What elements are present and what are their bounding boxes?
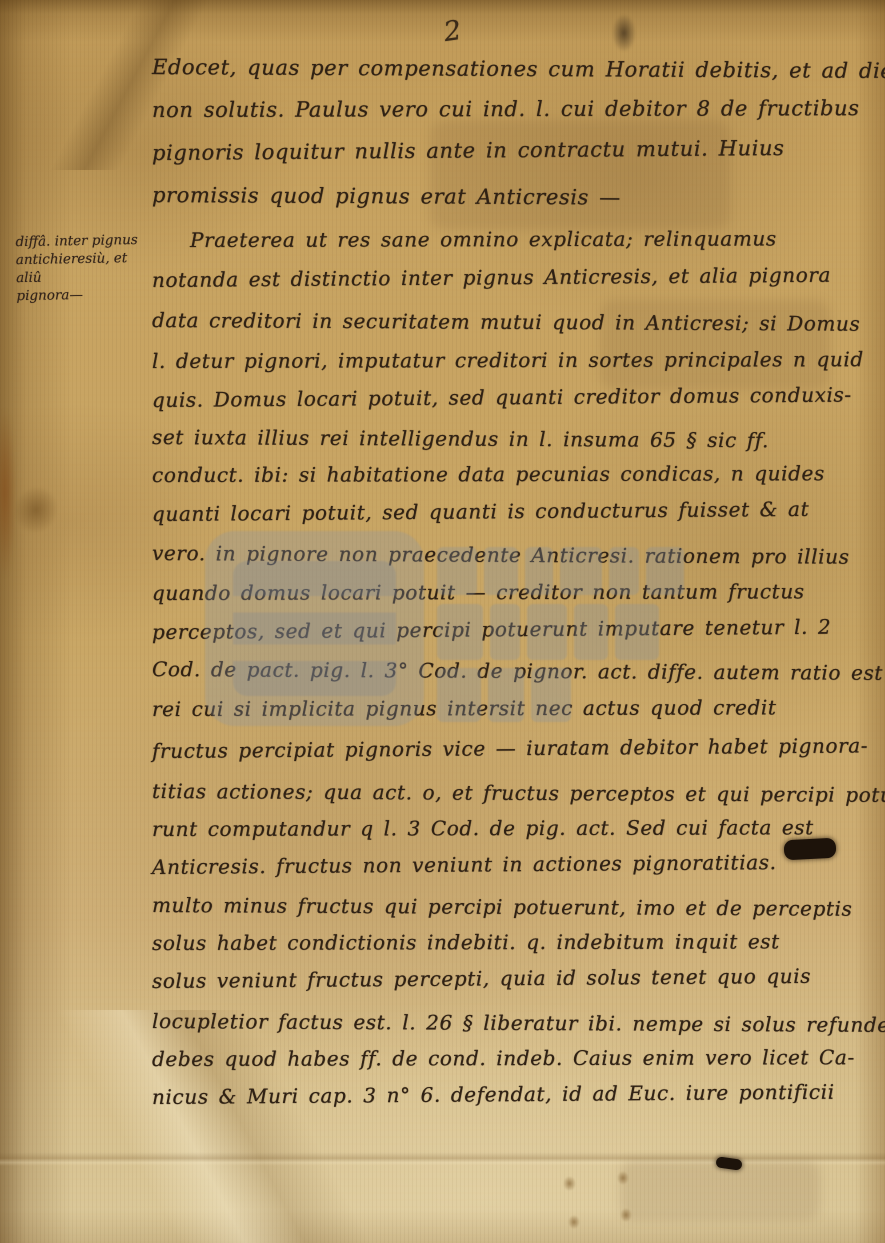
crease-bottom-left xyxy=(0,1010,450,1243)
manuscript-line: l. detur pignori, imputatur creditori in… xyxy=(152,347,864,373)
manuscript-line: pignoris loquitur nullis ante in contrac… xyxy=(152,136,785,165)
manuscript-line: locupletior factus est. l. 26 § liberatu… xyxy=(152,1009,885,1037)
manuscript-line: perceptos, sed et qui percipi potuerunt … xyxy=(152,615,831,644)
rust-stain xyxy=(0,408,16,578)
ink-stain xyxy=(7,480,65,540)
manuscript-line: solus veniunt fructus percepti, quia id … xyxy=(152,964,811,993)
manuscript-line: Edocet, quas per compensationes cum Hora… xyxy=(152,55,885,83)
manuscript-line: fructus percipiat pignoris vice — iurata… xyxy=(152,733,868,763)
manuscript-line: vero. in pignore non praecedente Anticre… xyxy=(152,541,850,569)
margin-annotation-line: pignora— xyxy=(16,285,146,305)
margin-annotation-line: antichieresiù, et aliû xyxy=(16,249,147,287)
manuscript-line: promissis quod pignus erat Anticresis — xyxy=(152,183,621,209)
manuscript-line: quis. Domus locari potuit, sed quanti cr… xyxy=(152,383,852,412)
spot-stain xyxy=(563,1176,576,1191)
spot-stain xyxy=(568,1215,580,1229)
manuscript-line: notanda est distinctio inter pignus Anti… xyxy=(152,263,831,292)
bleed-through-patch xyxy=(620,1160,820,1220)
margin-annotation: diffâ. inter pignus antichieresiù, et al… xyxy=(15,231,146,305)
manuscript-page: 2 diffâ. inter pignus antichieresiù, et … xyxy=(0,0,885,1243)
manuscript-line: solus habet condictionis indebiti. q. in… xyxy=(152,929,780,955)
ink-smudge xyxy=(612,14,636,52)
manuscript-line: non solutis. Paulus vero cui ind. l. cui… xyxy=(152,96,860,122)
spot-stain xyxy=(620,1208,632,1222)
manuscript-line: quando domus locari potuit — creditor no… xyxy=(152,579,805,605)
manuscript-line: nicus & Muri cap. 3 n° 6. defendat, id a… xyxy=(152,1080,835,1109)
manuscript-line: debes quod habes ff. de cond. indeb. Cai… xyxy=(152,1045,855,1071)
manuscript-line: runt computandur q l. 3 Cod. de pig. act… xyxy=(152,815,814,841)
manuscript-line: conduct. ibi: si habitatione data pecuni… xyxy=(152,461,825,487)
spot-stain xyxy=(617,1171,629,1185)
manuscript-line: Anticresis. fructus non veniunt in actio… xyxy=(152,850,777,879)
heavy-ink-blot xyxy=(784,838,837,861)
manuscript-line: multo minus fructus qui percipi potuerun… xyxy=(152,893,853,921)
manuscript-line: data creditori in securitatem mutui quod… xyxy=(152,308,860,336)
fold-line-bottom xyxy=(0,1152,885,1166)
top-flourish-mark: 2 xyxy=(442,15,463,48)
manuscript-line: Praeterea ut res sane omnino explicata; … xyxy=(190,226,777,252)
manuscript-line: set iuxta illius rei intelligendus in l.… xyxy=(152,425,769,452)
manuscript-line: titias actiones; qua act. o, et fructus … xyxy=(152,779,885,807)
manuscript-line: rei cui si implicita pignus intersit nec… xyxy=(152,695,777,721)
manuscript-line: quanti locari potuit, sed quanti is cond… xyxy=(152,497,809,526)
small-ink-mark xyxy=(715,1156,742,1171)
manuscript-line: Cod. de pact. pig. l. 3° Cod. de pignor.… xyxy=(152,657,883,685)
margin-annotation-line: diffâ. inter pignus xyxy=(15,231,145,251)
